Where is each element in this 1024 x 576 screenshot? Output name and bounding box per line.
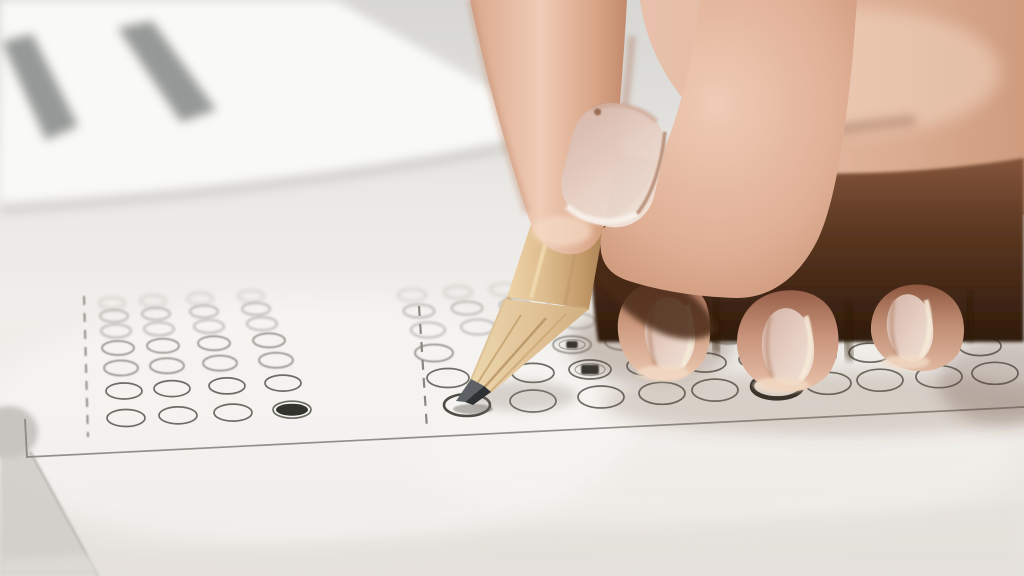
scantron-photo-scene: Close-up photograph of a hand marking a … [0,0,1024,576]
finger-gap-crease-3 [968,293,972,341]
photo-stage: Close-up photograph of a hand marking a … [0,0,1024,576]
ring-finger-blanch [753,377,809,393]
little-finger-blanch [882,355,930,369]
finger-gap-crease-2 [847,302,851,360]
pencil-tip-shadow [453,404,493,414]
index-fingertip-highlight [532,216,592,246]
middle-finger-blanch [637,365,689,381]
ring-fingertip [737,290,839,393]
filled-bubble-mark [276,404,308,416]
